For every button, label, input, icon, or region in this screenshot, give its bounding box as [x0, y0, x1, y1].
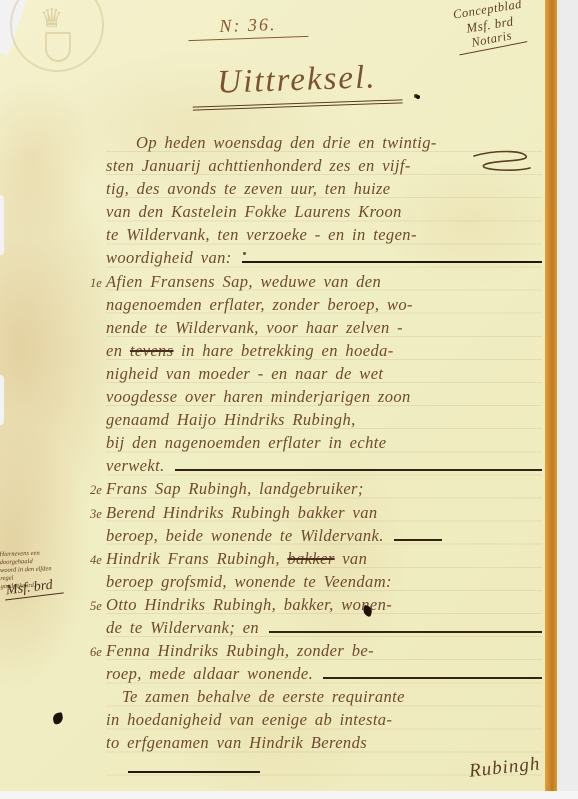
text-line: nende te Wildervank, voor haar zelven -	[106, 316, 542, 339]
signature-row: Rubingh	[106, 756, 542, 779]
text-line: voogdesse over haren minderjarigen zoon	[106, 385, 542, 408]
paper-edge-gap	[0, 375, 4, 425]
list-marker: 3e	[90, 503, 102, 526]
shield-icon	[45, 32, 71, 62]
fill-rule	[175, 469, 542, 471]
ink-blot	[416, 95, 420, 99]
scan-background-right	[557, 0, 578, 799]
list-item-line: 5eOtto Hindriks Rubingh, bakker, wonen-	[106, 593, 542, 616]
binding-edge	[545, 0, 557, 791]
list-marker: 4e	[90, 549, 102, 572]
document-body: Op heden woensdag den drie en twintig- s…	[106, 131, 542, 779]
text-line: genaamd Haijo Hindriks Rubingh,	[106, 408, 542, 431]
list-item-line: 2eFrans Sap Rubingh, landgebruiker;	[106, 477, 542, 500]
fill-rule	[323, 677, 542, 679]
text-line: verwekt.	[106, 454, 542, 477]
scan-background-bottom	[0, 791, 578, 799]
signature-rubingh: Rubingh	[468, 752, 541, 782]
list-item-line: 4eHindrik Frans Rubingh, bakker van	[106, 547, 542, 570]
paper-edge-gap	[0, 195, 4, 255]
text-line: nagenoemden erflater, zonder beroep, wo-	[106, 293, 542, 316]
struck-word: tevens	[130, 341, 174, 360]
text-line: roep, mede aldaar wonende.	[106, 662, 542, 685]
text-line: bij den nagenoemden erflater in echte	[106, 431, 542, 454]
signature-flourish	[470, 148, 534, 180]
list-marker: 5e	[90, 595, 102, 618]
crown-icon: ♛	[40, 4, 63, 34]
text-line: Te zamen behalve de eerste requirante	[106, 685, 542, 708]
text-line: van den Kastelein Fokke Laurens Kroon	[106, 200, 542, 223]
text-line: tig, des avonds te zeven uur, ten huize	[106, 177, 542, 200]
struck-word: bakker	[287, 549, 334, 568]
text-line: te Wildervank, ten verzoeke - en in tege…	[106, 223, 542, 246]
list-marker: 1e	[90, 272, 102, 295]
fill-rule	[269, 631, 542, 633]
list-item-line: 1eAfien Fransens Sap, weduwe van den	[106, 270, 542, 293]
list-item-line: 6eFenna Hindriks Rubingh, zonder be-	[106, 639, 542, 662]
page-title: Uittreksel.	[191, 58, 402, 110]
text-line: beroep grofsmid, wonende te Veendam:	[106, 570, 542, 593]
list-marker: 6e	[90, 641, 102, 664]
text-line: in hoedanigheid van eenige ab intesta-	[106, 708, 542, 731]
text-line: woordigheid van:	[106, 246, 542, 269]
text-line: beroep, beide wonende te Wildervank.	[106, 524, 542, 547]
list-marker: 2e	[90, 479, 102, 502]
ink-blot	[243, 252, 246, 255]
document-number: N: 36.	[188, 13, 309, 41]
closing-rule	[128, 771, 260, 773]
fill-rule	[394, 539, 442, 541]
text-line: to erfgenamen van Hindrik Berends	[106, 731, 542, 754]
scanned-document-page: { "colors": { "ink": "#6e4a2e", "paper":…	[0, 0, 578, 799]
fill-rule	[242, 261, 542, 263]
text-line: nigheid van moeder - en naar de wet	[106, 362, 542, 385]
list-item-line: 3eBerend Hindriks Rubingh bakker van	[106, 501, 542, 524]
text-line: en tevens in hare betrekking en hoeda-	[106, 339, 542, 362]
text-line: de te Wildervank; en	[106, 616, 542, 639]
